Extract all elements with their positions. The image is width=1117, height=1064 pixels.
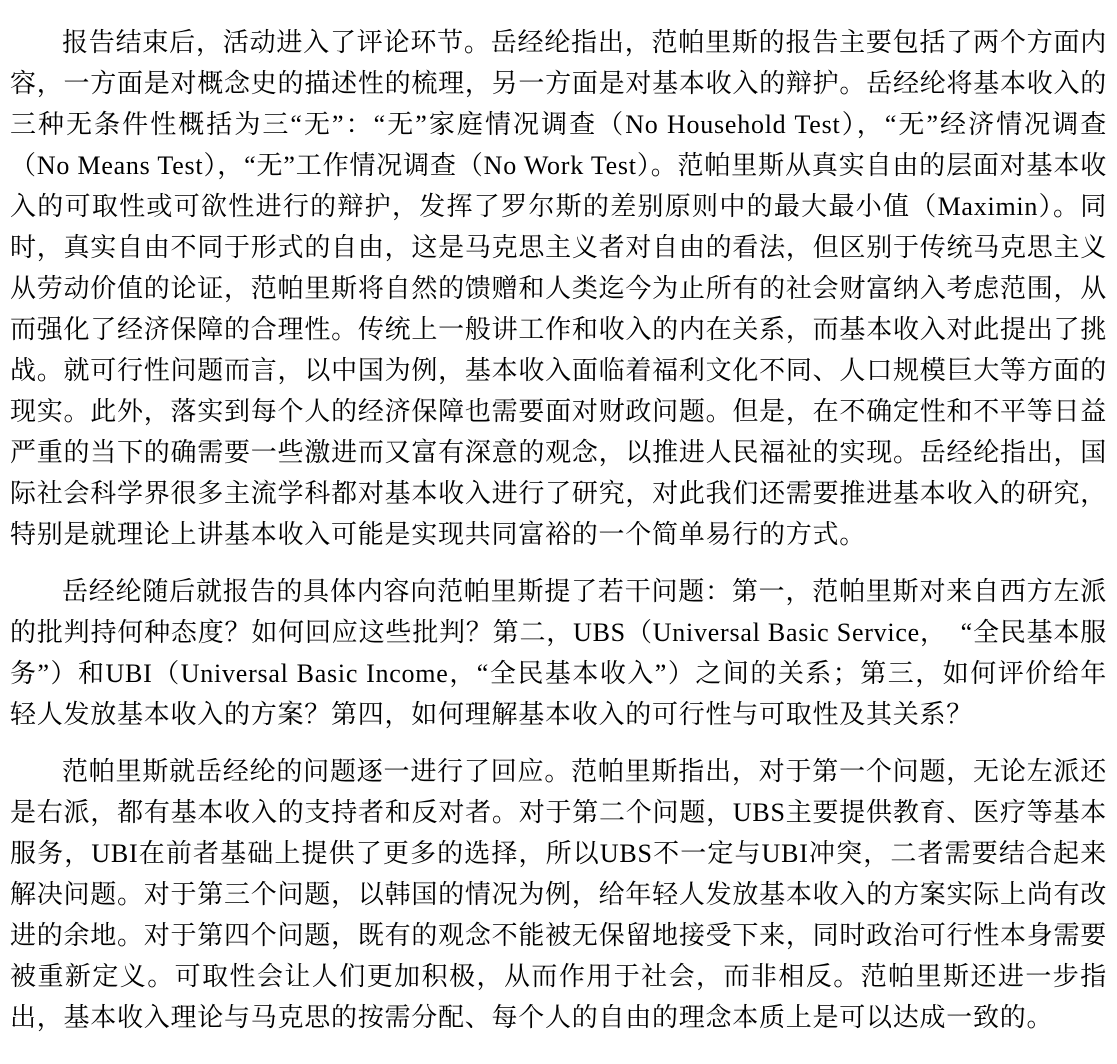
paragraph-commentary: 报告结束后，活动进入了评论环节。岳经纶指出，范帕里斯的报告主要包括了两个方面内容…	[10, 22, 1107, 555]
paragraph-questions: 岳经纶随后就报告的具体内容向范帕里斯提了若干问题：第一，范帕里斯对来自西方左派的…	[10, 571, 1107, 735]
paragraph-responses: 范帕里斯就岳经纶的问题逐一进行了回应。范帕里斯指出，对于第一个问题，无论左派还是…	[10, 751, 1107, 1038]
document-page: 报告结束后，活动进入了评论环节。岳经纶指出，范帕里斯的报告主要包括了两个方面内容…	[0, 0, 1117, 1064]
